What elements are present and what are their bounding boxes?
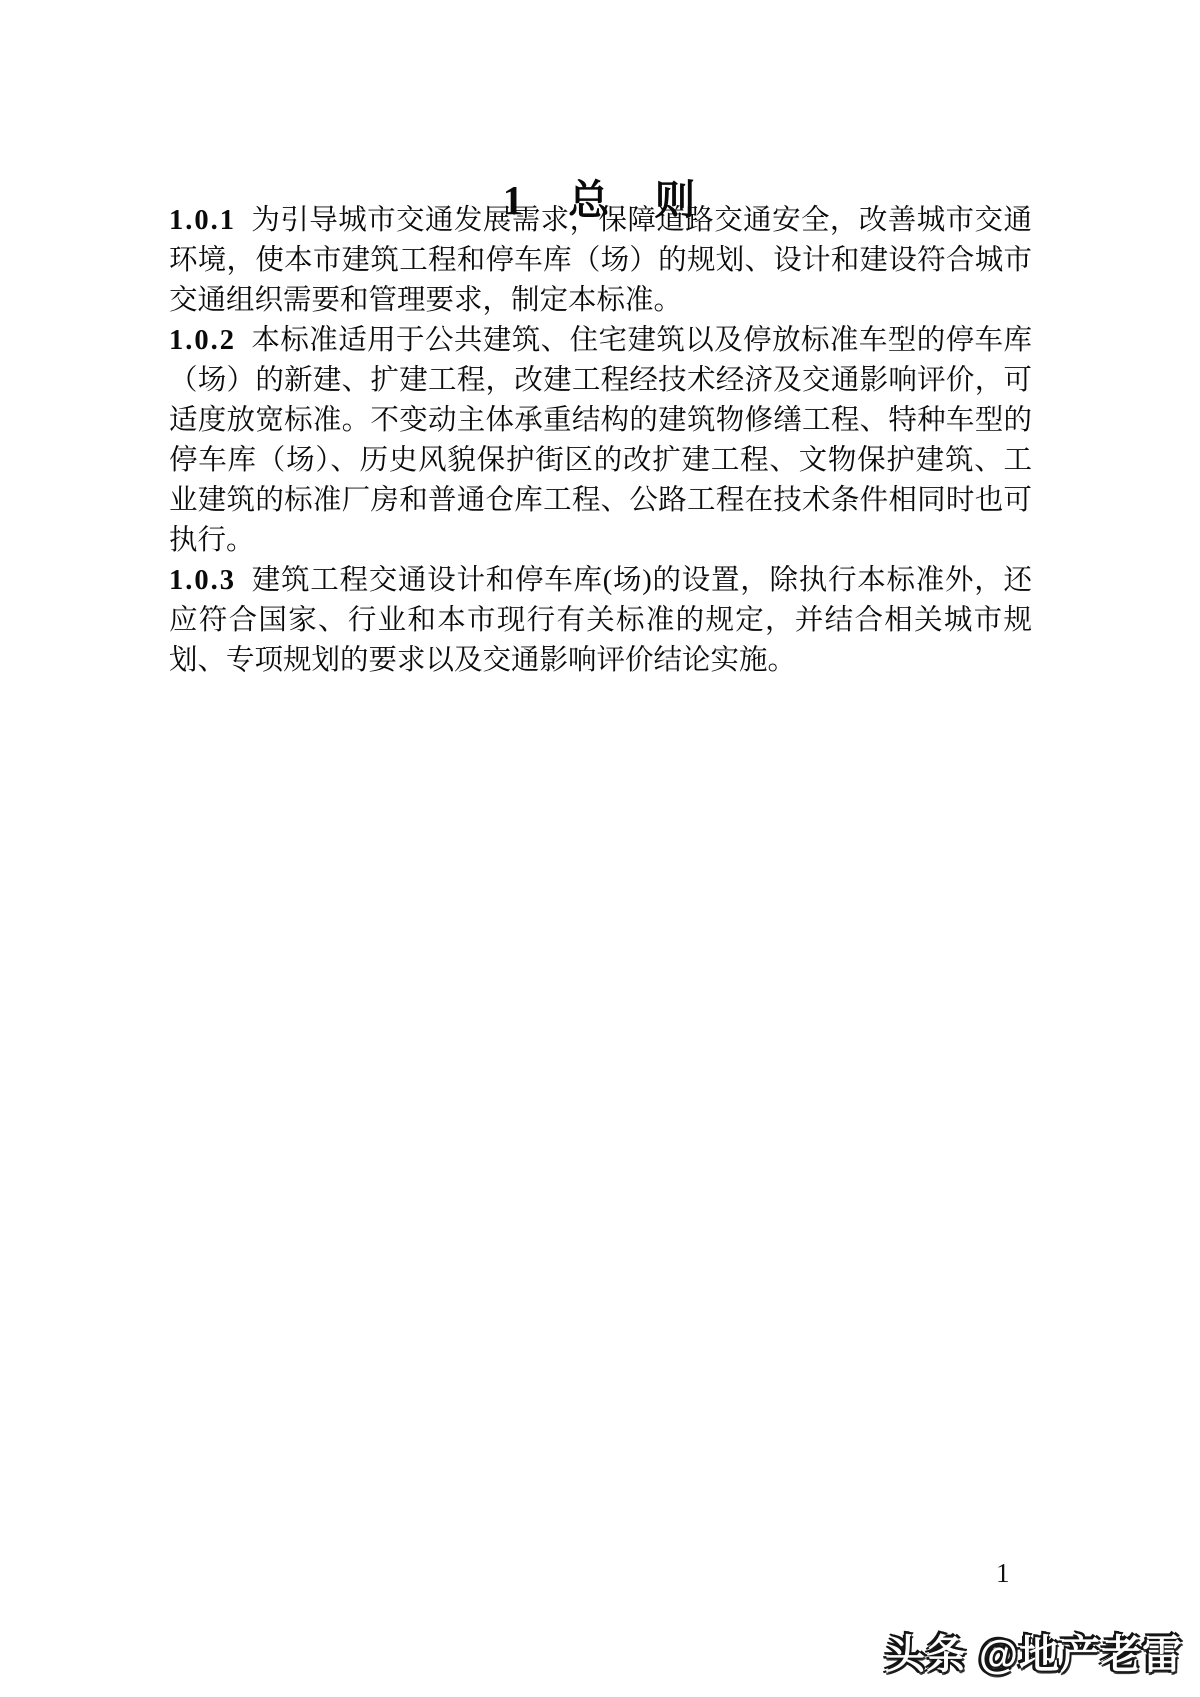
document-body: 1.0.1为引导城市交通发展需求，保障道路交通安全，改善城市交通环境，使本市建筑… xyxy=(169,201,1032,681)
clause-number: 1.0.2 xyxy=(169,325,236,356)
clause-text: 本标准适用于公共建筑、住宅建筑以及停放标准车型的停车库（场）的新建、扩建工程，改… xyxy=(169,325,1032,556)
clause-1-0-2: 1.0.2本标准适用于公共建筑、住宅建筑以及停放标准车型的停车库（场）的新建、扩… xyxy=(169,321,1032,561)
page-number: 1 xyxy=(996,1558,1010,1589)
clause-text: 建筑工程交通设计和停车库(场)的设置，除执行本标准外，还应符合国家、行业和本市现… xyxy=(169,565,1032,676)
clause-1-0-3: 1.0.3建筑工程交通设计和停车库(场)的设置，除执行本标准外，还应符合国家、行… xyxy=(169,561,1032,681)
toutiao-watermark: 头条 @地产老雷 xyxy=(885,1623,1183,1680)
document-page: 1 总 则 1.0.1为引导城市交通发展需求，保障道路交通安全，改善城市交通环境… xyxy=(0,0,1200,1697)
clause-number: 1.0.1 xyxy=(169,205,236,236)
clause-text: 为引导城市交通发展需求，保障道路交通安全，改善城市交通环境，使本市建筑工程和停车… xyxy=(169,205,1032,316)
clause-1-0-1: 1.0.1为引导城市交通发展需求，保障道路交通安全，改善城市交通环境，使本市建筑… xyxy=(169,201,1032,321)
clause-number: 1.0.3 xyxy=(169,565,236,596)
